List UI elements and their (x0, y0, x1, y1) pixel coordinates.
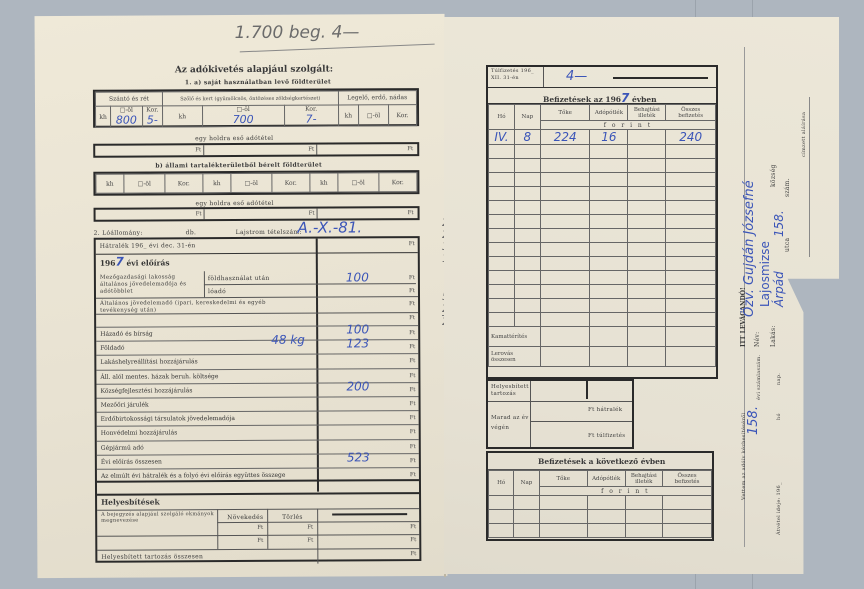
col-negyszogol: □-öl (359, 105, 389, 126)
lo-unit: db. (186, 229, 197, 236)
header-szanto: Szántó és rét (95, 92, 162, 106)
col-header: Hó (489, 105, 515, 130)
col-kor: Kor.5- (142, 106, 163, 127)
tax-row: Erdőbirtokossági társulatok jövedelemadó… (97, 410, 419, 426)
right-page: Túlfizetés 196_ XII. 31-én 4— Befizetése… (444, 17, 839, 574)
payment-row (489, 524, 712, 538)
col-negyszogol: □-öl700 (202, 105, 284, 126)
payment-row (489, 285, 716, 299)
loado-label: lóadó (208, 288, 226, 295)
header-legelo: Legelő, erdő, nádas (338, 91, 417, 105)
eloiras-header: 1967 évi előírás (96, 252, 418, 272)
col-header: Tőke (540, 105, 590, 121)
forint-label: f o r i n t (540, 121, 715, 130)
payments-grid: HóNapTőkeAdópótlékBehajtási illetékÖssze… (488, 104, 716, 367)
col-negyszogol: □-öl800 (111, 106, 143, 127)
tax-row: Áll. alól mentes. házak beruh. költségeF… (96, 368, 418, 384)
tax-row: Évi előírás összesen523Ft (97, 453, 419, 469)
lo-label: 2. Lóállomány: (94, 230, 143, 237)
foldado-note: 48 kg (271, 333, 305, 347)
pencil-underline (240, 44, 435, 53)
payment-row (489, 145, 716, 159)
bejegyzes-label: A bejegyzés alapjául szolgáló okmányok m… (101, 511, 216, 524)
payment-row (489, 229, 716, 243)
payment-row (489, 159, 716, 173)
tulfizetes-label: Túlfizetés 196_ XII. 31-én (491, 68, 541, 82)
per-hold-label: egy holdra eső adótétel (195, 135, 273, 142)
payment-row (489, 173, 716, 187)
land-table-state: kh□-ölKor. kh□-ölKor. kh□-ölKor. (93, 170, 419, 196)
utca-value: Árpád (772, 271, 786, 307)
col-kh: kh (96, 106, 111, 127)
col-header: Adópótlék (587, 471, 625, 487)
col-kor: Kor. (388, 105, 416, 126)
lakas-label: Lakás: (770, 325, 777, 347)
foldhasznalat-label: földhasználat után (208, 275, 270, 282)
payment-row (489, 243, 716, 257)
tax-row: Gépjármű adóFt (97, 439, 419, 455)
hatralek-label: Hátralék 196_ évi dec. 31-én (100, 242, 196, 250)
signature-label: címzett aláírása (801, 112, 807, 157)
col-header: Összes befizetés (663, 471, 712, 487)
header-szolo: Szőlő és kert (gyümölcsös, öntözéses zöl… (163, 91, 338, 106)
tax-row: Földadó123Ft (96, 339, 418, 355)
section-1a-label: 1. a) saját használatban levő földterüle… (185, 79, 331, 87)
per-hold-row-2: Ft Ft Ft (94, 206, 420, 222)
payment-row (489, 271, 716, 285)
mezogazdasagi-label: Mezőgazdasági lakosság általános jövedel… (100, 274, 200, 296)
payment-row (489, 187, 716, 201)
ft-tulfizetes: Ft túlfizetés (588, 433, 625, 439)
col-header: Adópótlék (590, 105, 628, 121)
per-hold-row-1: Ft Ft Ft (93, 142, 419, 158)
novekedes-header: Növekedés (227, 514, 263, 521)
col-kh: kh (338, 105, 359, 126)
signature-line (809, 97, 810, 257)
tax-row: Házadó és bírság100Ft (96, 325, 418, 341)
tax-row: Lakáshelyreállítási hozzájárulásFt (96, 353, 418, 369)
payment-row (489, 257, 716, 271)
col-header: Tőke (539, 471, 587, 487)
col-header: Nap (514, 105, 540, 130)
col-header: Behajtási illeték (628, 105, 666, 121)
torles-header: Törlés (282, 514, 303, 521)
payments-table: Túlfizetés 196_ XII. 31-én 4— Befizetése… (486, 65, 718, 379)
payment-row (489, 496, 712, 510)
col-header: Nap (514, 471, 539, 496)
payment-row (489, 299, 716, 313)
payment-row: IV.822416240 (489, 130, 716, 145)
kovetkezo-title: Befizetések a következő évben (538, 457, 665, 466)
payment-row (489, 313, 716, 327)
summary-box: Helyesbített tartozás Marad az év végén … (486, 379, 634, 449)
col-header: Behajtási illeték (625, 471, 663, 487)
marad-label: Marad az év végén (491, 413, 529, 433)
lajstrom-value: A.-X.-81. (298, 218, 363, 236)
col-header: Hó (489, 471, 514, 496)
next-year-grid: HóNapTőkeAdópótlékBehajtási illetékÖssze… (488, 470, 712, 538)
summary-row: Kamattérítés (489, 327, 716, 347)
payment-row (489, 201, 716, 215)
payment-row (489, 215, 716, 229)
helyesbitett-osszesen-label: Helyesbített tartozás összesen (101, 553, 203, 561)
land-table-own: Szántó és rét Szőlő és kert (gyümölcsös,… (93, 88, 419, 128)
tulfizetes-value: 4— (566, 69, 587, 84)
szam-value: 158. (772, 210, 786, 237)
nev-value: Özv. Gujdán Józsefné (742, 180, 757, 317)
form-title: Az adókivetés alapjául szolgált: (175, 65, 333, 76)
next-year-table: Befizetések a következő évben HóNapTőkeA… (486, 451, 714, 541)
col-kor: Kor.7- (284, 105, 338, 126)
col-header: Összes befizetés (666, 105, 716, 121)
tax-rows: Házadó és bírság100FtFöldadó123FtLakáshe… (96, 325, 418, 327)
left-page: 1.700 beg. 4— Az adókivetés alapjául szo… (35, 14, 448, 578)
pencil-note: 1.700 beg. 4— (235, 22, 360, 43)
szam-label: szám. (784, 178, 791, 197)
tax-table: Hátralék 196_ évi dec. 31-én Ft 1967 évi… (94, 236, 422, 563)
lakas-value: Lajosmizse (758, 241, 772, 307)
kozseg-label: község (770, 164, 777, 187)
lajstrom-label: Lajstrom tételszám: (236, 229, 302, 236)
forint-label: f o r i n t (539, 487, 711, 496)
ft-hatralek: Ft hátralék (588, 407, 622, 413)
tax-row: Mezőőri járulékFt (97, 396, 419, 412)
section-1b-label: b) állami tartalékterületből bérelt föld… (155, 162, 322, 170)
tax-row: Honvédelmi hozzájárulásFt (97, 424, 419, 440)
col-kh: kh (163, 106, 203, 127)
helyesbitett-label: Helyesbített tartozás (491, 384, 529, 398)
payment-row (489, 510, 712, 524)
foldhasznalat-value: 100 (346, 270, 369, 284)
tax-row: Községfejlesztési hozzájárulás200Ft (96, 382, 418, 398)
utca-label: utca (784, 238, 791, 252)
helyesbitesek-title: Helyesbítések (101, 497, 160, 506)
summary-row: Lerovás összesen (489, 347, 716, 367)
nev-label: Név: (754, 332, 761, 347)
